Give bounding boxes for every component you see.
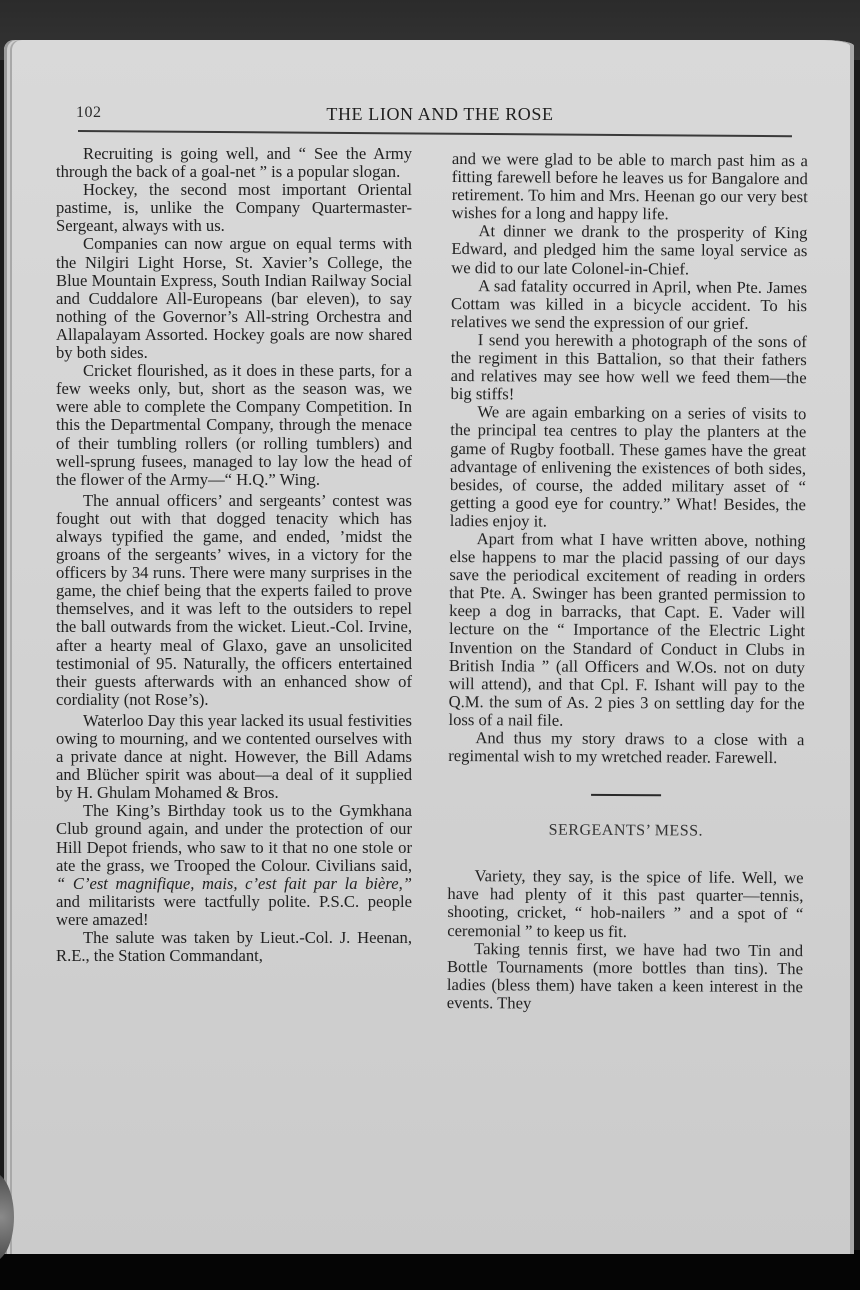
left-column: Recruiting is going well, and “ See the … [56, 145, 412, 965]
paragraph-rugby: We are again embarking on a series of vi… [450, 403, 807, 532]
section-title-sergeants-mess: SERGEANTS’ MESS. [448, 821, 804, 841]
paragraph-tennis: Taking tennis first, we have had two Tin… [447, 940, 803, 1015]
paragraph-salute: The salute was taken by Lieut.-Col. J. H… [56, 929, 412, 965]
right-column: and we were glad to be able to march pas… [447, 150, 808, 1014]
paragraph-photograph: I send you herewith a photograph of the … [450, 331, 806, 406]
paragraph-dinner: At dinner we drank to the prosperity of … [451, 222, 807, 278]
paragraph-farewell-march: and we were glad to be able to march pas… [452, 150, 808, 225]
kings-birthday-text: The King’s Birthday took us to the Gymkh… [56, 801, 412, 874]
paragraph-hockey: Hockey, the second most important Orient… [56, 181, 412, 235]
paragraph-cricket: Cricket flourished, as it does in these … [56, 362, 412, 489]
paragraph-orders: Apart from what I have written above, no… [448, 530, 805, 731]
section-divider [591, 794, 661, 796]
paragraph-companies: Companies can now argue on equal terms w… [56, 235, 412, 362]
paragraph-variety: Variety, they say, is the spice of life.… [447, 867, 803, 942]
running-title: THE LION AND THE ROSE [0, 104, 860, 125]
photo-background-bottom [0, 1250, 860, 1290]
french-quote: “ C’est magnifique, mais, c’est fait par… [56, 874, 412, 893]
paragraph-waterloo-day: Waterloo Day this year lacked its usual … [56, 712, 412, 802]
paragraph-closing: And thus my story draws to a close with … [448, 729, 804, 767]
paragraph-kings-birthday: The King’s Birthday took us to the Gymkh… [56, 802, 412, 929]
paragraph-annual-contest: The annual officers’ and sergeants’ cont… [56, 492, 412, 709]
paragraph-fatality: A sad fatality occurred in April, when P… [451, 277, 807, 333]
paragraph-recruiting: Recruiting is going well, and “ See the … [56, 145, 412, 181]
kings-birthday-text-end: and militarists were tactfully polite. P… [56, 892, 412, 929]
